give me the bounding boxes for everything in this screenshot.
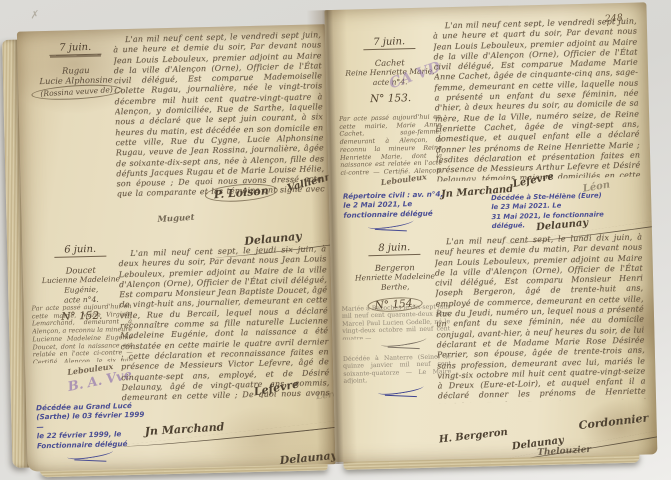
- pencil-death-mention: Décédée à Nanterre (Seine) le quinze jan…: [343, 353, 452, 384]
- blue-death-annotation: Décédée à Ste-Hélène (Eure) le 23 Mai 20…: [491, 191, 608, 231]
- pencil-marriage-mention: Mariée à Bazoches le dix-sept juin mil n…: [342, 303, 451, 340]
- margin-entry-1: 7 juin. Rugau Lucie Alphonsine (Rossina …: [27, 41, 124, 100]
- marginal-mention: Par acte passé aujourd'hui en cette mair…: [32, 303, 133, 363]
- margin-name-line: Henriette Madeleine Berthe,: [345, 271, 445, 293]
- signature-scribble: [368, 218, 416, 232]
- act-body-text: L'an mil neuf cent sept, le vendredi sep…: [433, 17, 641, 182]
- signature: H. Bergeron: [438, 427, 508, 446]
- blue-death-annotation: Décédée au Grand Lucé (Sarthe) le 03 fév…: [36, 401, 149, 466]
- act-body-text: L'an mil neuf cent sept, le vendredi sep…: [113, 30, 325, 199]
- blue-repertoire-annotation: Répertoire civil : av. n°4, le 2 Mai 202…: [343, 189, 456, 235]
- act-number: N° 153.: [340, 91, 440, 105]
- register-left-page: 7 juin. Rugau Lucie Alphonsine (Rossina …: [17, 24, 336, 471]
- signature-scribble: [380, 336, 428, 350]
- marginal-mention: Par acte passé aujourd'hui en cette mair…: [339, 113, 442, 175]
- signature: Muguet: [157, 213, 195, 225]
- margin-name-line: Lucienne Madeleine Eugénie,: [33, 274, 129, 296]
- margin-name-line: (Rossina veuve de): [28, 84, 124, 100]
- register-book: 7 juin. Rugau Lucie Alphonsine (Rossina …: [0, 0, 669, 480]
- signature: Delaunay: [244, 206, 336, 248]
- act-body-text: L'an mil neuf cent sept, le lundi dix ju…: [434, 232, 646, 403]
- signature-scribble: [378, 384, 426, 398]
- margin-entry-2: 8 juin. Bergeron Henriette Madeleine Ber…: [344, 241, 446, 312]
- scanned-register-photo: ✗ 7 juin. Rugau Lucie Alphonsine (Rossin…: [0, 0, 671, 480]
- register-right-page: 248 7 juin. Cachet Reine Henriette Marie…: [324, 2, 657, 462]
- signature: Jn Marchand: [144, 407, 335, 438]
- signature-scribble: [67, 448, 115, 462]
